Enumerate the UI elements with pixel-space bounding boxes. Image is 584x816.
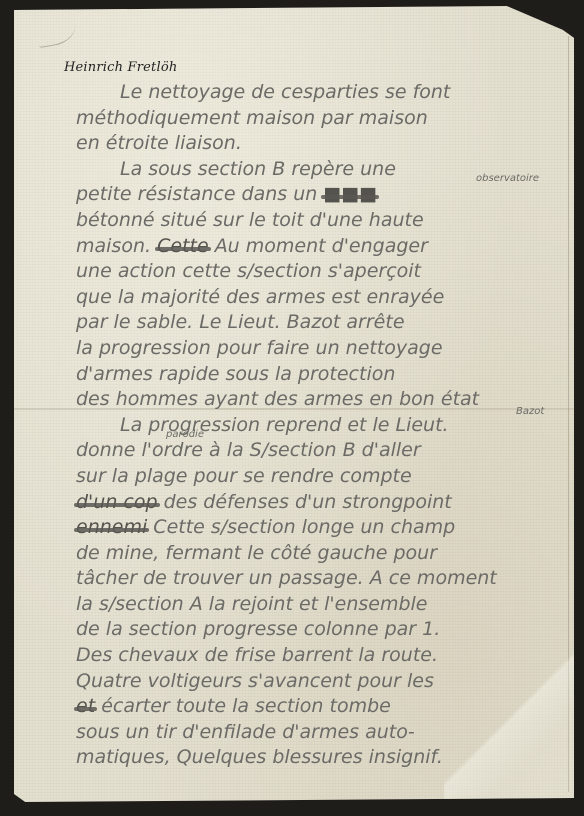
text-line: la s/section A la rejoint et l'ensemble [76,592,584,618]
text-line: en étroite liaison. [76,131,584,157]
text-line: la progression pour faire un nettoyage [76,336,584,362]
interlinear-insert: parodie [166,430,204,440]
text-line: que la majorité des armes est enrayée [76,285,584,311]
paper-sheet: Heinrich Fretlöh Le nettoyage de cespart… [14,6,574,802]
handwritten-text: Le nettoyage de cesparties se font métho… [76,80,584,771]
text-line: Le nettoyage de cesparties se font [76,80,584,106]
scanned-document: Heinrich Fretlöh Le nettoyage de cespart… [0,0,584,816]
text-line: par le sable. Le Lieut. Bazot arrête [76,310,584,336]
letterhead-name: Heinrich Fretlöh [64,60,177,75]
text-line: Quatre voltigeurs s'avancent pour les [76,669,584,695]
text-line: méthodiquement maison par maison [76,106,584,132]
text-line: matiques, Quelques blessures insignif. [76,745,584,771]
text-line: La progression reprend et le Lieut. Bazo… [76,413,584,439]
text-line: ennemi Cette s/section longe un champ [76,515,584,541]
struck-word: Cette [157,235,209,257]
text-line: tâcher de trouver un passage. A ce momen… [76,566,584,592]
torn-corner [34,11,79,48]
text-line: une action cette s/section s'aperçoit [76,259,584,285]
text-line: d'un cop des défenses d'un strongpoint [76,490,584,516]
text-line: sur la plage pour se rendre compte [76,464,584,490]
text-line: maison. Cette Au moment d'engager [76,234,584,260]
text-line: Des chevaux de frise barrent la route. [76,643,584,669]
interlinear-insert: observatoire [476,174,539,184]
struck-word: et [76,695,95,717]
struck-word: d'un cop [76,491,158,513]
text-line: donne l'ordre à la S/section B d'aller p… [76,438,584,464]
text-line: de la section progresse colonne par 1. [76,617,584,643]
text-line: d'armes rapide sous la protection [76,362,584,388]
text-line: petite résistance dans un ■■■ observatoi… [76,182,584,208]
struck-word: ennemi [76,516,147,538]
interlinear-insert: Bazot [516,407,544,417]
text-line: et écarter toute la section tombe [76,694,584,720]
text-line: bétonné situé sur le toit d'une haute [76,208,584,234]
text-line: de mine, fermant le côté gauche pour [76,541,584,567]
text-line: des hommes ayant des armes en bon état [76,387,584,413]
struck-word: ■■■ [323,183,377,205]
text-line: sous un tir d'enfilade d'armes auto- [76,720,584,746]
